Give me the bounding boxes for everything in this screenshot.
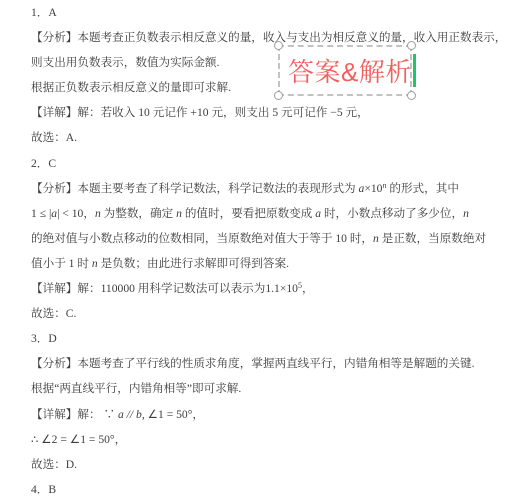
- text-segment: 【详解】解：110000 用科学记数法可以表示为1.1×10: [31, 282, 298, 295]
- text-segment: 时，小数点移动了多少位，: [321, 207, 463, 220]
- text-segment: 的绝对值与小数点移动的位数相同，当原数绝对值大于等于 10 时，: [31, 232, 373, 245]
- selection-handle-top-left[interactable]: [274, 41, 283, 50]
- text-segment: 【详解】解：: [31, 408, 103, 421]
- text-segment: , ∠1 = 50°: [142, 408, 193, 421]
- text-segment: 1．A: [31, 6, 57, 19]
- document-line: 【详解】解：110000 用科学记数法可以表示为1.1×105，: [31, 276, 507, 301]
- text-segment: 【分析】本题主要考查了科学记数法，科学记数法的表现形式为: [31, 182, 359, 195]
- document-line: 的绝对值与小数点移动的位数相同，当原数绝对值大于等于 10 时，n 是正数，当原…: [31, 226, 507, 251]
- selection-handle-bottom-left[interactable]: [274, 91, 283, 100]
- text-segment: 根据正负数表示相反意义的量即可求解.: [31, 81, 231, 94]
- text-segment: 4．B: [31, 483, 56, 496]
- document-line: 值小于 1 时 n 是负数；由此进行求解即可得到答案.: [31, 251, 507, 276]
- document-line: 根据正负数表示相反意义的量即可求解.: [31, 75, 507, 100]
- document-line: 4．B: [31, 477, 507, 502]
- text-segment: n: [463, 207, 469, 220]
- text-segment: ∵: [103, 408, 118, 421]
- text-segment: | < 10: [57, 207, 83, 220]
- document-line: ∴ ∠2 = ∠1 = 50°，: [31, 427, 507, 452]
- document-line: 故选：C.: [31, 301, 507, 326]
- text-segment: ，: [192, 408, 204, 421]
- text-segment: 故选：D.: [31, 458, 77, 471]
- text-segment: 是正数，当原数绝对: [379, 232, 486, 245]
- document-line: 【详解】解：若收入 10 元记作 +10 元，则支出 5 元可记作 −5 元，: [31, 100, 507, 125]
- selection-handle-top-right[interactable]: [407, 41, 416, 50]
- text-segment: n: [382, 181, 386, 190]
- selection-handle-bottom-right[interactable]: [407, 91, 416, 100]
- answer-textbox[interactable]: 答案&解析: [278, 45, 412, 96]
- text-segment: 为整数，确定: [101, 207, 176, 220]
- answer-textbox-text[interactable]: 答案&解析: [288, 52, 412, 89]
- document-line: 故选：A.: [31, 125, 507, 150]
- document-line: 1 ≤ |a| < 10，n 为整数，确定 n 的值时，要看把原数变成 a 时，…: [31, 201, 507, 226]
- text-segment: 3．D: [31, 332, 57, 345]
- text-segment: ×10: [364, 182, 382, 195]
- text-segment: 【详解】解：若收入 10 元记作 +10 元，则支出 5 元可记作 −5 元，: [31, 106, 369, 119]
- text-segment: 则支出用负数表示，数值为实际金额.: [31, 56, 219, 69]
- text-segment: 的值时，要看把原数变成: [182, 207, 315, 220]
- text-segment: 2．C: [31, 157, 56, 170]
- document-line: 【分析】本题考查正负数表示相反意义的量，收入与支出为相反意义的量，收入用正数表示…: [31, 25, 507, 50]
- document-line: 【详解】解： ∵ a // b, ∠1 = 50°，: [31, 402, 507, 427]
- document-line: 故选：D.: [31, 452, 507, 477]
- document-body: 1．A【分析】本题考查正负数表示相反意义的量，收入与支出为相反意义的量，收入用正…: [0, 0, 521, 502]
- text-segment: 值小于 1 时: [31, 257, 92, 270]
- text-segment: 【分析】本题考查正负数表示相反意义的量，收入与支出为相反意义的量，收入用正数表示…: [31, 31, 506, 44]
- text-segment: 根据“两直线平行，内错角相等”即可求解.: [31, 382, 241, 395]
- text-segment: 【分析】本题考查了平行线的性质求角度，掌握两直线平行，内错角相等是解题的关键.: [31, 357, 474, 370]
- document-line: 根据“两直线平行，内错角相等”即可求解.: [31, 376, 507, 401]
- text-segment: //: [124, 408, 136, 421]
- text-segment: 故选：A.: [31, 131, 77, 144]
- text-segment: ，: [302, 282, 314, 295]
- text-segment: 故选：C.: [31, 307, 76, 320]
- document-line: 【分析】本题主要考查了科学记数法，科学记数法的表现形式为 a×10n 的形式，其…: [31, 176, 507, 201]
- document-line: 【分析】本题考查了平行线的性质求角度，掌握两直线平行，内错角相等是解题的关键.: [31, 351, 507, 376]
- text-segment: 5: [298, 281, 302, 290]
- text-segment: ，: [115, 433, 127, 446]
- text-segment: 是负数；由此进行求解即可得到答案.: [98, 257, 289, 270]
- document-line: 则支出用负数表示，数值为实际金额.: [31, 50, 507, 75]
- text-segment: ，: [83, 207, 95, 220]
- document-line: 3．D: [31, 326, 507, 351]
- document-line: 1．A: [31, 0, 507, 25]
- document-line: 2．C: [31, 151, 507, 176]
- text-cursor: [413, 54, 416, 87]
- text-segment: 1 ≤ |: [31, 207, 51, 220]
- text-segment: 的形式，其中: [386, 182, 458, 195]
- text-segment: ∴ ∠2 = ∠1 = 50°: [31, 433, 115, 446]
